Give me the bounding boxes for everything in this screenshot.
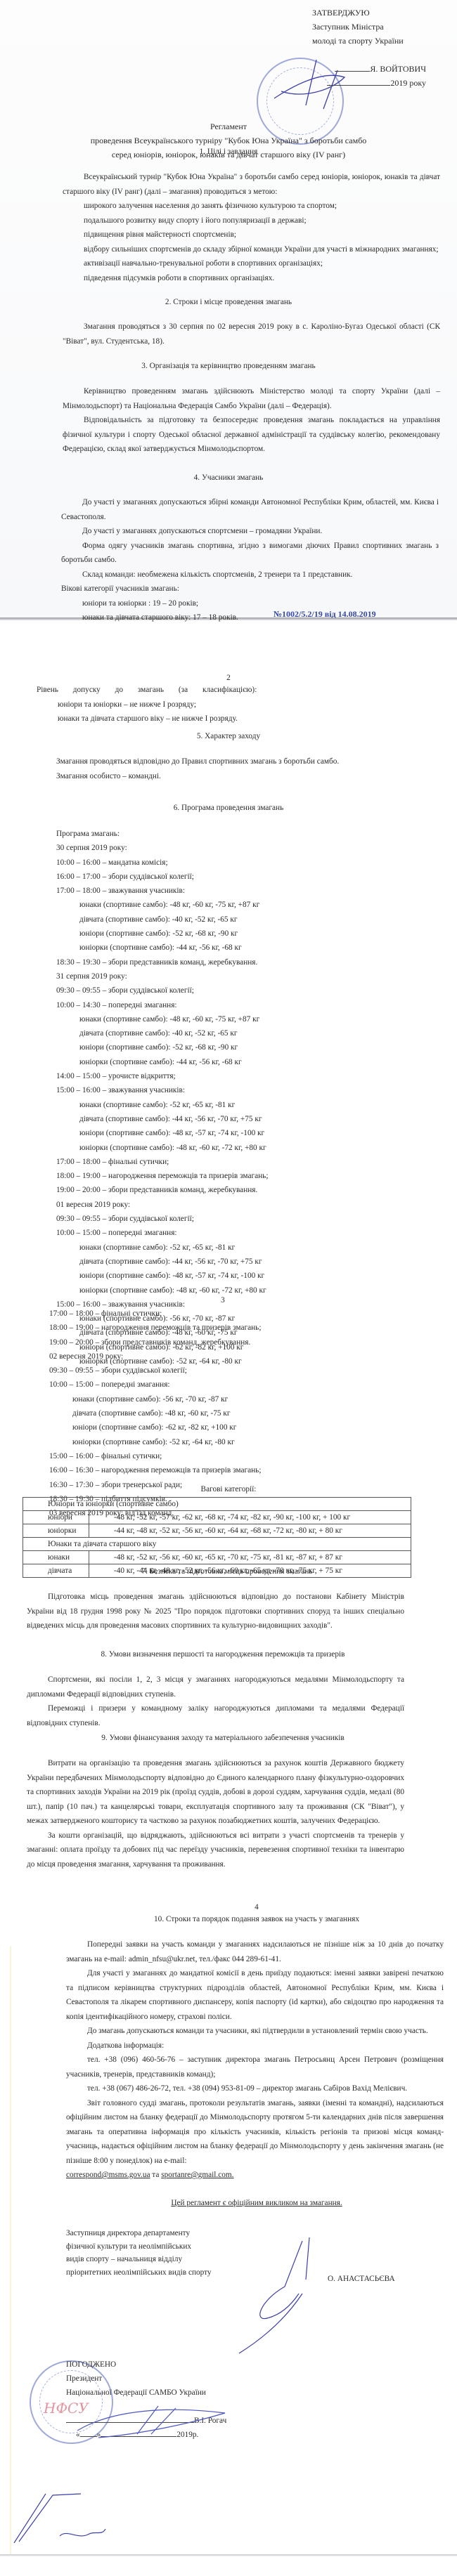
program-weigh-line: юніорки (спортивне самбо): -44 кг, -56 к… — [56, 1055, 408, 1069]
program-schedule: Програма змагань: 30 серпня 2019 року:10… — [56, 827, 408, 1368]
section-7-p1: Підготовка місць проведення змагань здій… — [27, 1590, 404, 1633]
approval-block: ЗАТВЕРДЖУЮ Заступник Міністра молоді та … — [312, 6, 426, 90]
section-9-p1: Витрати на організацію та проведення зма… — [27, 1756, 404, 1829]
title-line-1: Регламент — [42, 119, 415, 133]
section-10-heading: 10. Строки та порядок подання заявок на … — [28, 1912, 457, 1927]
section-10-body: Попередні заявки на участь команди у зма… — [66, 1937, 444, 2183]
program-line: 18:00 – 19:00 – нагородження переможців … — [56, 1169, 408, 1183]
section-5-p1: Змагання проводяться відповідно до Прави… — [35, 754, 420, 769]
goal-item: широкого залучення населення до занять ф… — [63, 199, 440, 214]
program-line: 17:00 – 18:00 – фінальні сутички; — [49, 1307, 401, 1321]
program-line: 15:00 – 16:00 – фінальні сутички; — [49, 1449, 401, 1463]
age-categories-heading: Вікові категорії учасників змагань: — [61, 582, 439, 596]
admission-level-item: юніори та юніорки – не нижче І розряду; — [37, 698, 430, 712]
program-line: 18:00 – 19:00 – нагородження переможців … — [49, 1321, 401, 1335]
program-line: 31 серпня 2019 року: — [56, 969, 408, 983]
weights-group-header: Юніори та юніорки (спортивне самбо) — [23, 1498, 411, 1511]
program-weigh-line: юніори (спортивне самбо): -62 кг, -82 кг… — [49, 1420, 401, 1434]
admission-level-heading: Рівень допуску до змагань (за класифікац… — [37, 683, 430, 698]
approval-heading: ЗАТВЕРДЖУЮ — [312, 6, 426, 20]
table-row: юніорки-44 кг, -48 кг, -52 кг, -56 кг, -… — [23, 1524, 411, 1538]
section-10-p4: Додаткова інформація: — [66, 2039, 444, 2053]
program-line: 10:00 – 15:00 – попередні змагання: — [56, 1226, 408, 1240]
section-10-p2: Для участі у змаганнях до мандатної комі… — [66, 1966, 444, 2024]
program-weigh-line: юніори (спортивне самбо): -48 кг, -57 кг… — [56, 1269, 408, 1283]
section-7-body: Підготовка місць проведення змагань здій… — [27, 1590, 404, 1633]
weights-category: юнаки — [23, 1551, 89, 1564]
section-1-intro: Всеукраїнський турнір "Кубок Юна Україна… — [63, 170, 440, 199]
table-row: Юніори та юніорки (спортивне самбо) — [23, 1498, 411, 1511]
program-line: 10:00 – 14:30 – попередні змагання: — [56, 998, 408, 1012]
section-3-p2: Відповідальність за підготовку та безпос… — [63, 413, 440, 457]
agreed-signature — [70, 2402, 232, 2445]
section-5-body: Змагання проводяться відповідно до Прави… — [35, 754, 420, 783]
program-line: 15:00 – 16:00 – зважування учасників: — [56, 1083, 408, 1097]
section-2-heading: 2. Строки і місце проведення змагань — [0, 295, 457, 310]
table-row: юнаки-48 кг, -52 кг, -56 кг, -60 кг, -65… — [23, 1551, 411, 1564]
goal-item: активізації навчально-тренувальної робот… — [63, 256, 440, 271]
section-1-heading: 1. Цілі і завдання — [0, 145, 457, 159]
approval-name: Я. ВОЙТОВИЧ — [370, 64, 426, 74]
program-weigh-line: юнаки (спортивне самбо): -52 кг, -65 кг,… — [56, 1098, 408, 1112]
signatory-1-signature — [232, 2237, 330, 2357]
section-2-text: Змагання проводяться з 30 серпня по 02 в… — [63, 320, 440, 348]
program-line: 17:00 – 18:00 – зважування учасників: — [56, 884, 408, 898]
official-call-wrap: Цей регламент є офіційним викликом на зм… — [28, 2196, 457, 2211]
section-4-p2: До участі у змаганнях допускаються спорт… — [61, 524, 439, 539]
program-line: 10:00 – 15:00 – попередні змагання: — [49, 1378, 401, 1392]
section-3-body: Керівництво проведенням змагань здійснюю… — [63, 384, 440, 457]
section-4-p4: Склад команди: необмежена кількість спор… — [61, 568, 439, 582]
program-weigh-line: юнаки (спортивне самбо): -48 кг, -60 кг,… — [56, 1012, 408, 1026]
page-edge — [10, 1946, 11, 2556]
admission-level: Рівень допуску до змагань (за класифікац… — [37, 683, 430, 726]
age-category: юніори та юніорки : 19 – 20 років; — [61, 596, 439, 611]
section-1-body: Всеукраїнський турнір "Кубок Юна Україна… — [63, 170, 440, 285]
program-weigh-line: юніорки (спортивне самбо): -48 кг, -60 к… — [56, 1141, 408, 1155]
section-10-p3: До змагань допускаються команди та учасн… — [66, 2024, 444, 2039]
email-separator: та — [150, 2171, 161, 2179]
official-call: Цей регламент є офіційним викликом на зм… — [171, 2199, 342, 2207]
section-10-p7: Звіт головного судді змагань, протоколи … — [66, 2096, 444, 2169]
program-weigh-line: юніори (спортивне самбо): -48 кг, -57 кг… — [56, 1126, 408, 1140]
section-4-heading: 4. Учасники змагань — [0, 471, 457, 485]
email-link-correspond[interactable]: correspond@msms.gov.ua — [66, 2171, 150, 2179]
section-8-body: Спортсмени, які посіли 1, 2, 3 місця у з… — [27, 1673, 404, 1730]
program-line: 19:00 – 20:00 – збори представників кома… — [56, 1183, 408, 1197]
program-line: 18:30 – 19:30 – збори представників кома… — [56, 955, 408, 969]
section-10-p5: тел. +38 (096) 460-56-76 – заступник дир… — [66, 2053, 444, 2081]
initials-signature — [11, 2487, 109, 2543]
program-label: Програма змагань: — [56, 827, 408, 841]
section-10-p1: Попередні заявки на участь команди у зма… — [66, 1937, 444, 1966]
agreed-heading: ПОГОДЖЕНО — [66, 2358, 319, 2372]
section-10-p6: тел. +38 (067) 486-26-72, тел. +38 (094)… — [66, 2081, 444, 2096]
program-line: 16:00 – 16:30 – нагородження переможців … — [49, 1463, 401, 1477]
program-line: 30 серпня 2019 року: — [56, 841, 408, 855]
section-6-heading: 6. Програма проведення змагань — [0, 801, 457, 816]
age-category: юнаки та дівчата старшого віку: 17 – 18 … — [61, 610, 439, 625]
program-weigh-line: юнаки (спортивне самбо): -52 кг, -65 кг,… — [56, 1241, 408, 1255]
weights-group-header: Юнаки та дівчата старшого віку — [23, 1538, 411, 1551]
program-weigh-line: юнаки (спортивне самбо): -48 кг, -60 кг,… — [56, 898, 408, 912]
program-line: 01 вересня 2019 року: — [56, 1198, 408, 1212]
section-4-p1: До участі у змаганнях допускаються збірн… — [61, 495, 439, 524]
program-weigh-line: дівчата (спортивне самбо): -48 кг, -60 к… — [49, 1406, 401, 1420]
weights-values: -48 кг, -52 кг, -57 кг, -62 кг, -68 кг, … — [89, 1511, 411, 1524]
program-line: 19:00 – 20:00 – збори представників кома… — [49, 1335, 401, 1349]
weights-category: юніори — [23, 1511, 89, 1524]
program-weigh-line: дівчата (спортивне самбо): -40 кг, -52 к… — [56, 1026, 408, 1040]
goal-item: підведення підсумків роботи в спортивних… — [63, 271, 440, 286]
agreed-line: Президент — [66, 2372, 319, 2386]
section-3-heading: 3. Організація та керівництво проведення… — [0, 359, 457, 374]
goal-item: підвищення рівня майстерності спортсмені… — [63, 228, 440, 242]
section-9-body: Витрати на організацію та проведення зма… — [27, 1756, 404, 1871]
goal-item: відбору сильніших спортсменів до складу … — [63, 242, 440, 257]
table-row: юніори-48 кг, -52 кг, -57 кг, -62 кг, -6… — [23, 1511, 411, 1524]
section-4-body: До участі у змаганнях допускаються збірн… — [61, 495, 439, 625]
page-number-3: 3 — [0, 1293, 451, 1308]
section-5-heading: 5. Характер заходу — [0, 729, 457, 744]
program-line: 02 вересня 2019 року: — [49, 1349, 401, 1364]
page-bottom-edge — [0, 2554, 457, 2556]
program-line: 09:30 – 09:55 – збори суддівської колегі… — [56, 1212, 408, 1226]
program-line: 09:30 – 09:55 – збори суддівської колегі… — [56, 983, 408, 998]
weights-values: -44 кг, -48 кг, -52 кг, -56 кг, -60 кг, … — [89, 1524, 411, 1538]
program-line: 16:00 – 17:00 – збори суддівської колегі… — [56, 870, 408, 884]
weights-heading: Вагові категорії: — [0, 1482, 457, 1497]
approval-position-2: молоді та спорту України — [312, 34, 426, 48]
program-line: 14:00 – 15:00 – урочисте відкриття; — [56, 1069, 408, 1083]
program-line: 09:30 – 09:55 – збори суддівської колегі… — [49, 1364, 401, 1378]
admission-level-item: юнаки та дівчата старшого віку – не нижч… — [37, 712, 430, 726]
program-weigh-line: юніори (спортивне самбо): -52 кг, -68 кг… — [56, 1040, 408, 1054]
section-9-p2: За кошти організацій, що відряджають, зд… — [27, 1829, 404, 1872]
program-line: 10:00 – 16:00 – мандатна комісія; — [56, 856, 408, 870]
section-8-heading: 8. Умови визначення першості та нагородж… — [0, 1647, 451, 1662]
approval-date: 2019 року — [390, 78, 426, 88]
email-link-sportanre[interactable]: sportanre@gmail.com. — [161, 2171, 233, 2179]
agreed-line: Національної Федерації САМБО України — [66, 2386, 319, 2400]
approval-position-1: Заступник Міністра — [312, 20, 426, 34]
program-weigh-line: юнаки (спортивне самбо): -56 кг, -70 кг,… — [49, 1392, 401, 1406]
section-7-heading: 7. Безпека та підготовка місць проведенн… — [0, 1564, 456, 1579]
weights-category: юніорки — [23, 1524, 89, 1538]
section-8-p2: Переможці і призери у командному заліку … — [27, 1701, 404, 1730]
program-weigh-line: дівчата (спортивне самбо): -44 кг, -56 к… — [56, 1255, 408, 1269]
program-weigh-line: дівчата (спортивне самбо): -44 кг, -56 к… — [56, 1112, 408, 1126]
section-9-heading: 9. Умови фінансування заходу та матеріал… — [0, 1731, 451, 1746]
signatory-1-name: О. АНАСТАСЬЄВА — [328, 2272, 395, 2287]
registration-stamp: №1002/5.2/19 від 14.08.2019 — [273, 607, 376, 622]
section-5-p2: Змагання особисто – командні. — [35, 769, 420, 784]
table-row: Юнаки та дівчата старшого віку — [23, 1538, 411, 1551]
section-3-p1: Керівництво проведенням змагань здійснюю… — [63, 384, 440, 413]
weights-values: -48 кг, -52 кг, -56 кг, -60 кг, -65 кг, … — [89, 1551, 411, 1564]
program-weigh-line: юніорки (спортивне самбо): -44 кг, -56 к… — [56, 941, 408, 955]
goal-item: подальшого розвитку виду спорту і його п… — [63, 214, 440, 228]
program-weigh-line: дівчата (спортивне самбо): -40 кг, -52 к… — [56, 913, 408, 927]
section-2-body: Змагання проводяться з 30 серпня по 02 в… — [63, 320, 440, 348]
section-4-p3: Форма одягу учасників змагань спортивна,… — [61, 539, 439, 568]
program-weigh-line: юніорки (спортивне самбо): -52 кг, -64 к… — [49, 1435, 401, 1449]
section-8-p1: Спортсмени, які посіли 1, 2, 3 місця у з… — [27, 1673, 404, 1701]
program-line: 17:00 – 18:00 – фінальні сутички; — [56, 1155, 408, 1169]
program-weigh-line: юніори (спортивне самбо): -52 кг, -68 кг… — [56, 927, 408, 941]
